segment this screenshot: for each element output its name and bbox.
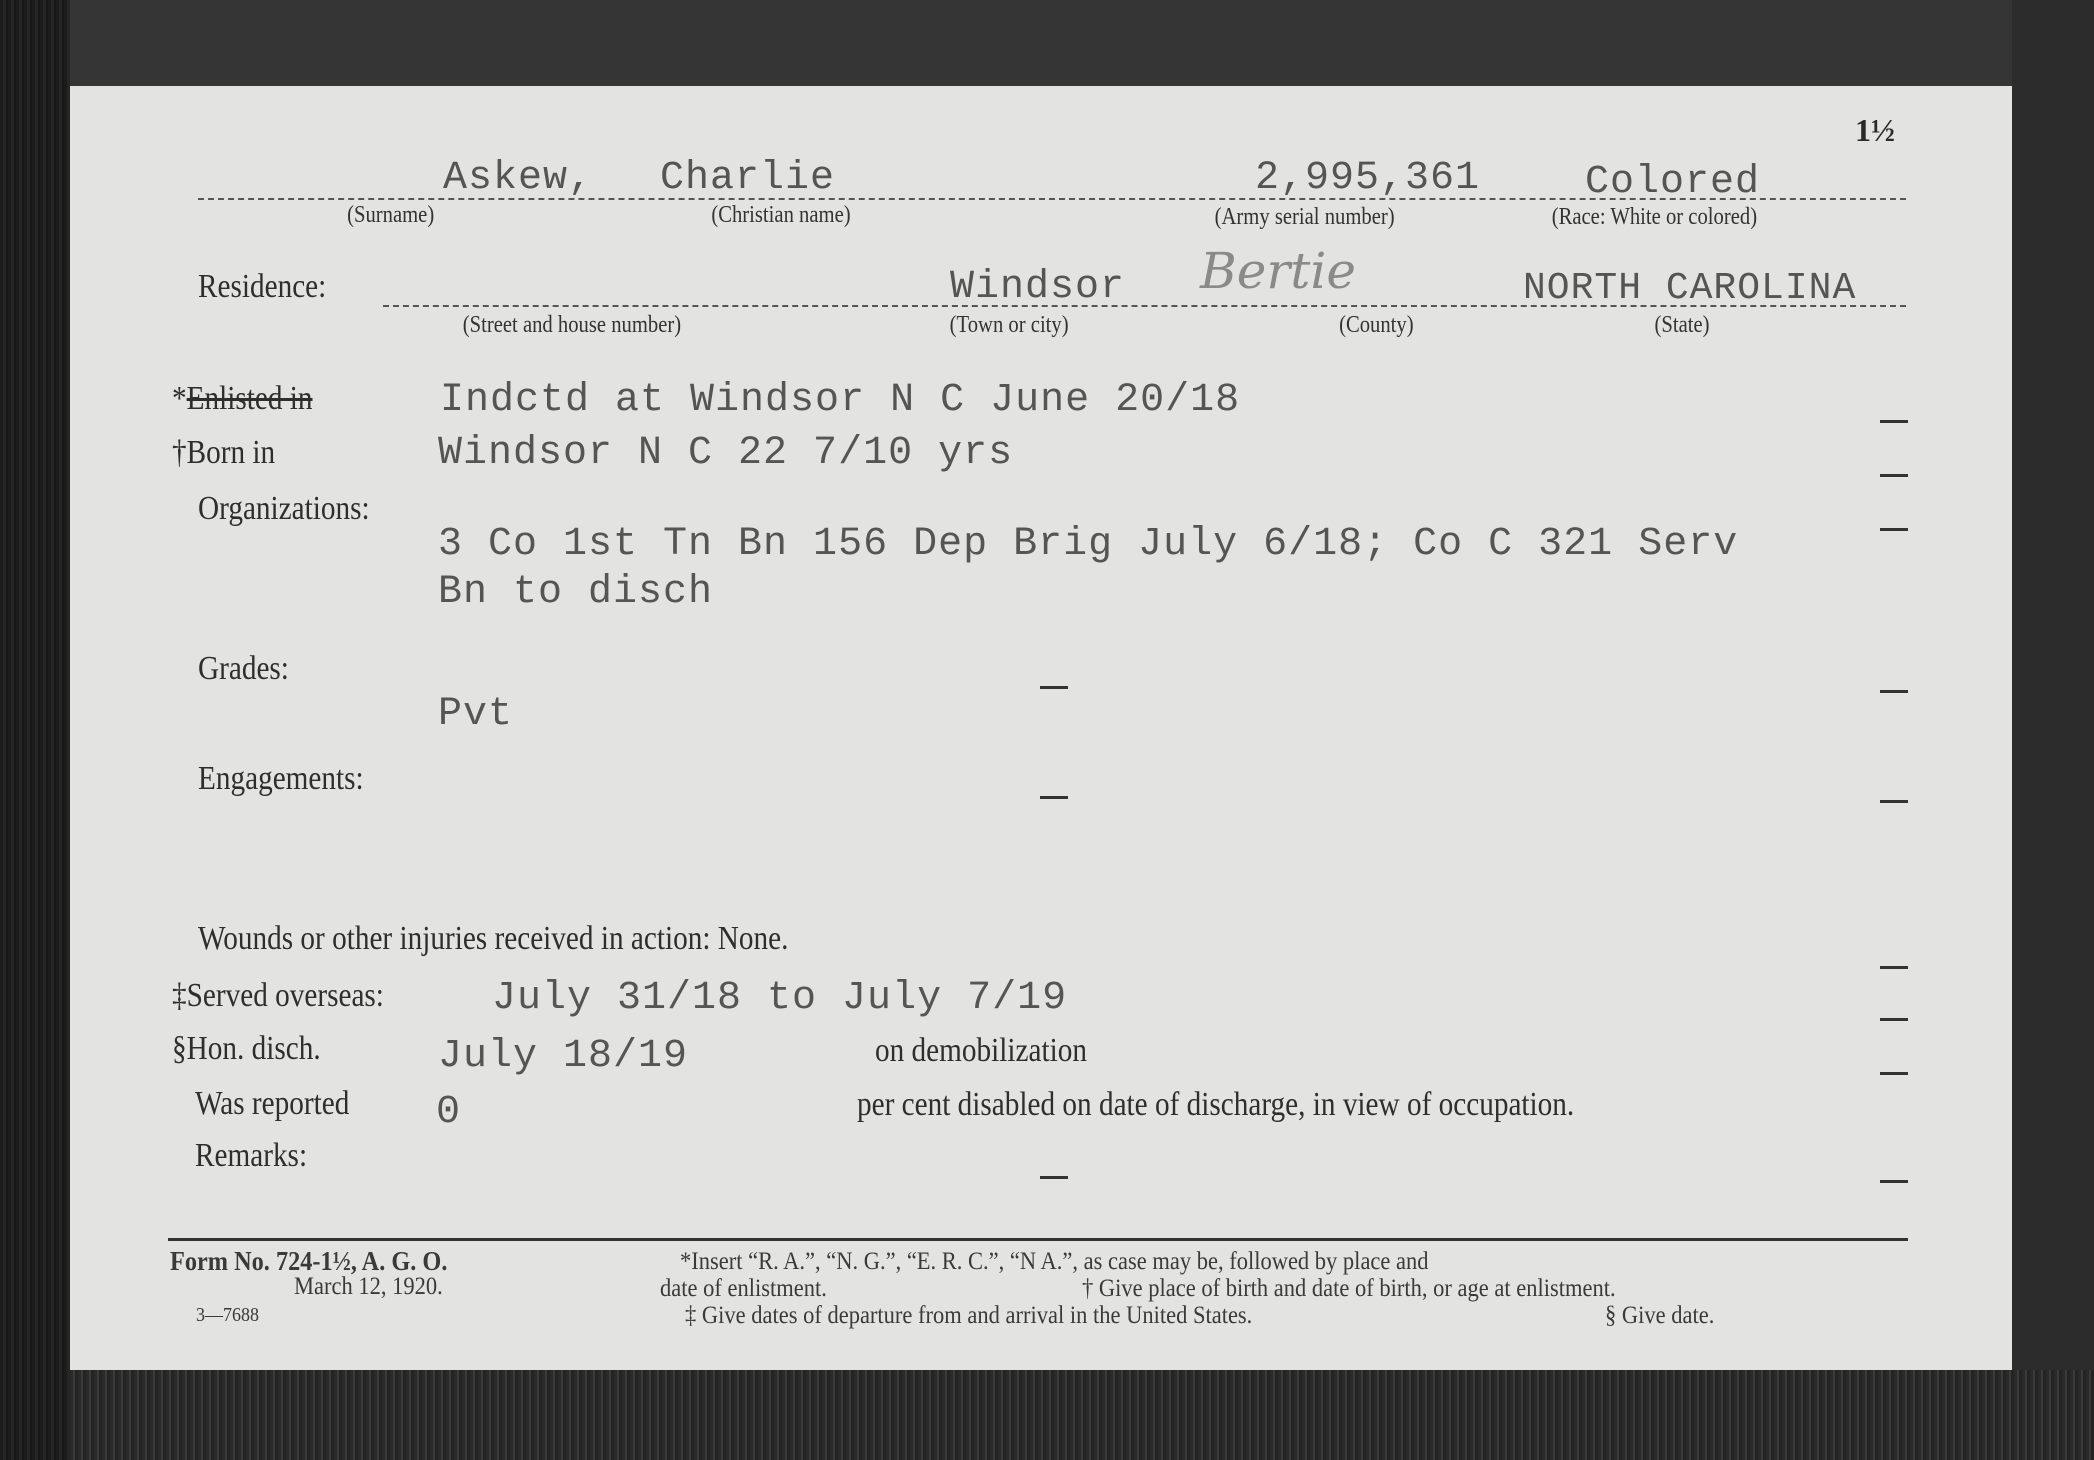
state-value: NORTH CAROLINA bbox=[1523, 267, 1856, 310]
county-label: (County) bbox=[1339, 312, 1414, 339]
footnote-enlisted-cont: date of enlistment. bbox=[660, 1275, 827, 1303]
race-label: (Race: White or colored) bbox=[1552, 204, 1757, 231]
born-label: Born in bbox=[187, 434, 276, 471]
scanner-background-left bbox=[0, 0, 70, 1460]
organizations-line-2: Bn to disch bbox=[438, 570, 713, 615]
was-reported-label: Was reported bbox=[195, 1085, 349, 1123]
asterisk-marker: * bbox=[172, 380, 187, 417]
organizations-line-1: 3 Co 1st Tn Bn 156 Dep Brig July 6/18; C… bbox=[438, 522, 1738, 567]
dagger-marker: † bbox=[172, 434, 187, 471]
wounds-row: Wounds or other injuries received in act… bbox=[198, 920, 788, 958]
serial-number-label: (Army serial number) bbox=[1215, 204, 1395, 231]
footnote-overseas: ‡ Give dates of departure from and arriv… bbox=[685, 1302, 1252, 1330]
christian-name-value: Charlie bbox=[660, 156, 835, 201]
race-value: Colored bbox=[1585, 160, 1760, 205]
street-label: (Street and house number) bbox=[463, 312, 681, 339]
margin-mark bbox=[1880, 1072, 1908, 1075]
born-value: Windsor N C 22 7/10 yrs bbox=[438, 431, 1013, 476]
footnote-born: † Give place of birth and date of birth,… bbox=[1082, 1275, 1616, 1303]
grades-label: Grades: bbox=[198, 650, 289, 688]
page-number: 1½ bbox=[1855, 112, 1895, 149]
margin-mark bbox=[1880, 1180, 1908, 1183]
form-date: March 12, 1920. bbox=[294, 1273, 443, 1301]
scanner-background-right bbox=[2012, 0, 2094, 1460]
grades-value: Pvt bbox=[438, 692, 513, 737]
was-reported-value: 0 bbox=[436, 1090, 461, 1135]
residence-label: Residence: bbox=[198, 268, 326, 306]
margin-mark bbox=[1880, 528, 1908, 531]
double-dagger-marker: ‡ bbox=[172, 977, 187, 1014]
enlisted-value: Indctd at Windsor N C June 20/18 bbox=[440, 378, 1240, 423]
wounds-value: None. bbox=[718, 920, 789, 957]
state-label: (State) bbox=[1654, 312, 1709, 339]
enlisted-row-label: *Enlisted in bbox=[172, 380, 313, 418]
hon-disch-suffix: on demobilization bbox=[875, 1032, 1087, 1070]
engagements-label: Engagements: bbox=[198, 760, 364, 798]
margin-mark bbox=[1880, 966, 1908, 969]
field-separator-mark bbox=[1040, 1176, 1068, 1179]
served-overseas-value: July 31/18 to July 7/19 bbox=[492, 976, 1067, 1021]
scanner-background-bottom bbox=[70, 1370, 2094, 1460]
served-overseas-label: Served overseas: bbox=[187, 977, 384, 1014]
disability-statement: per cent disabled on date of discharge, … bbox=[857, 1086, 1574, 1124]
margin-mark bbox=[1880, 474, 1908, 477]
surname-value: Askew, bbox=[443, 156, 593, 201]
wounds-label: Wounds or other injuries received in act… bbox=[198, 920, 710, 957]
surname-label: (Surname) bbox=[347, 202, 434, 229]
hon-disch-label: Hon. disch. bbox=[187, 1030, 321, 1067]
margin-mark bbox=[1880, 420, 1908, 423]
serial-number-value: 2,995,361 bbox=[1255, 156, 1480, 201]
hon-disch-row-label: §Hon. disch. bbox=[172, 1030, 321, 1068]
footnote-discharge: § Give date. bbox=[1605, 1302, 1714, 1330]
margin-mark bbox=[1880, 690, 1908, 693]
scanner-background-top bbox=[0, 0, 2094, 86]
town-value: Windsor bbox=[950, 265, 1125, 310]
margin-mark bbox=[1880, 800, 1908, 803]
remarks-label: Remarks: bbox=[195, 1137, 307, 1175]
town-label: (Town or city) bbox=[950, 312, 1069, 339]
served-overseas-row-label: ‡Served overseas: bbox=[172, 977, 384, 1015]
field-separator-mark bbox=[1040, 686, 1068, 689]
section-marker: § bbox=[172, 1030, 187, 1067]
field-separator-mark bbox=[1040, 796, 1068, 799]
footnote-enlisted: *Insert “R. A.”, “N. G.”, “E. R. C.”, “N… bbox=[680, 1248, 1429, 1276]
organizations-label: Organizations: bbox=[198, 490, 370, 528]
hon-disch-value: July 18/19 bbox=[438, 1034, 688, 1079]
print-code: 3—7688 bbox=[196, 1304, 259, 1327]
county-value-handwritten: Bertie bbox=[1200, 242, 1356, 300]
born-row-label: †Born in bbox=[172, 434, 275, 472]
christian-name-label: (Christian name) bbox=[711, 202, 850, 229]
footer-rule bbox=[168, 1238, 1908, 1241]
margin-mark bbox=[1880, 1018, 1908, 1021]
enlisted-label: Enlisted in bbox=[187, 380, 313, 417]
